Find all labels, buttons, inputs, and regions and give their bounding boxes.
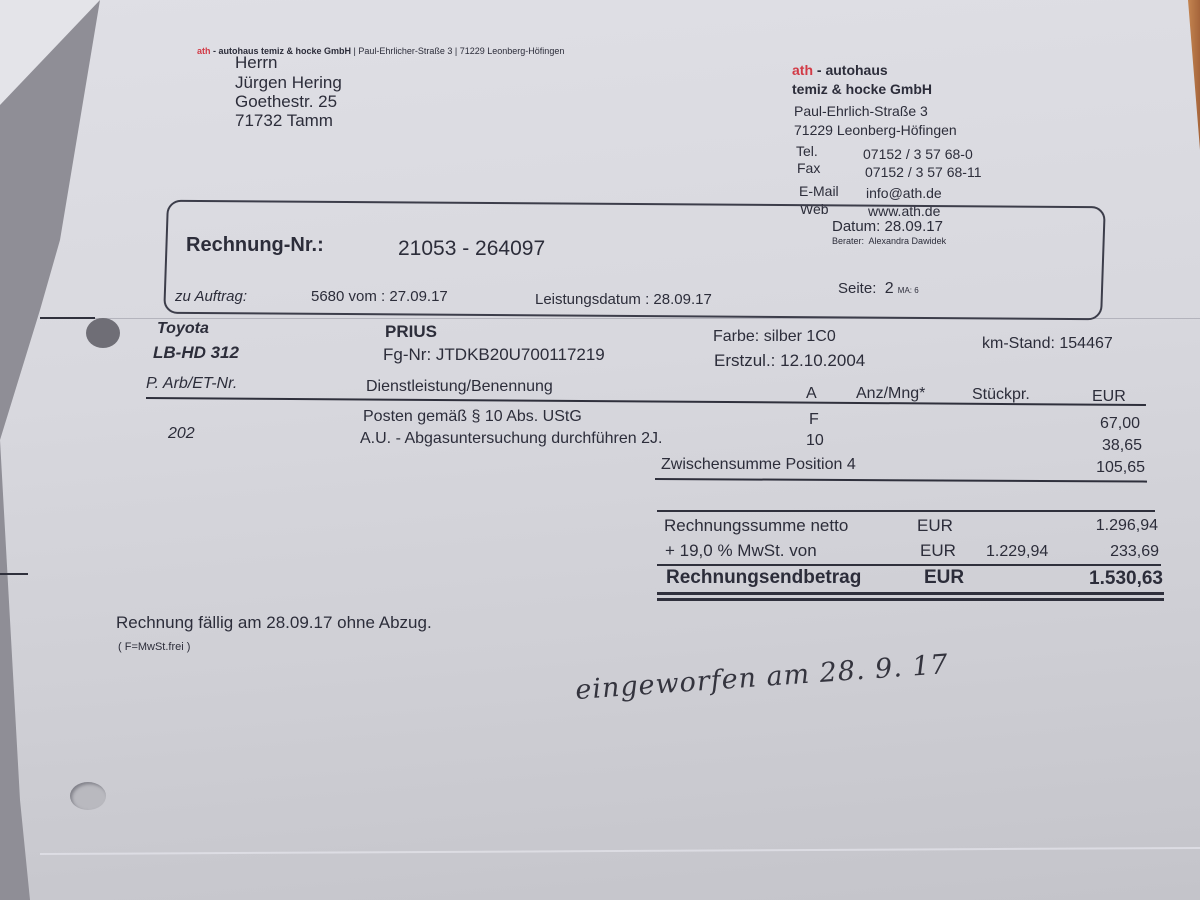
vehicle-plate: LB-HD 312 [153, 343, 239, 363]
row-eur: 38,65 [1042, 437, 1142, 455]
grand-total-currency: EUR [924, 567, 964, 589]
col-header-unit-price: Stückpr. [972, 386, 1030, 404]
fax-label: Fax [797, 160, 820, 176]
service-date: Leistungsdatum : 28.09.17 [535, 291, 712, 308]
row-description: A.U. - Abgasuntersuchung durchführen 2J. [360, 430, 662, 448]
vat-value: 233,69 [1040, 543, 1159, 561]
totals-mid-rule [657, 564, 1161, 566]
vat-currency: EUR [920, 541, 956, 561]
recipient-city: 71732 Tamm [235, 111, 333, 131]
first-reg-value: 12.10.2004 [780, 351, 865, 370]
recipient-salutation: Herrn [235, 53, 278, 73]
subtotal-value: 105,65 [1045, 459, 1145, 477]
grand-total-label: Rechnungsendbetrag [666, 567, 861, 589]
vehicle-model: PRIUS [385, 322, 437, 342]
punch-hole [86, 318, 120, 348]
net-label: Rechnungssumme netto [664, 516, 848, 536]
subtotal-label: Zwischensumme Position 4 [661, 456, 856, 474]
order-label: zu Auftrag: [175, 288, 247, 305]
color-label: Farbe: [713, 328, 759, 345]
first-reg-label: Erstzul.: [714, 351, 775, 370]
col-header-qty: Anz/Mng* [856, 385, 925, 403]
row-a: 10 [806, 432, 824, 450]
tel-label: Tel. [796, 143, 818, 159]
km-value: 154467 [1059, 335, 1112, 352]
row-description: Posten gemäß § 10 Abs. UStG [363, 408, 582, 426]
vehicle-first-registration: Erstzul.: 12.10.2004 [714, 351, 865, 371]
col-header-a: A [806, 385, 817, 403]
page-number: 2 [885, 280, 894, 297]
invoice-paper [0, 0, 1200, 900]
row-part-no: 202 [168, 425, 195, 443]
page-info: Seite: 2 MA: 6 [838, 280, 919, 298]
advisor-name: Alexandra Dawidek [869, 236, 947, 246]
grand-total-rule-2 [657, 598, 1164, 601]
service-date-value: 28.09.17 [653, 291, 711, 308]
ma-label: MA: [898, 286, 912, 295]
net-value: 1.296,94 [1040, 517, 1158, 535]
sender-company: - autohaus temiz & hocke GmbH [211, 46, 352, 56]
color-value: silber 1C0 [764, 328, 836, 345]
invoice-number: 21053 - 264097 [398, 237, 545, 261]
vehicle-make: Toyota [157, 320, 209, 338]
date-value: 28.09.17 [885, 218, 943, 235]
email-value[interactable]: info@ath.de [866, 185, 942, 201]
col-header-part-no: P. Arb/ET-Nr. [146, 375, 237, 393]
email-label: E-Mail [799, 183, 839, 199]
grand-total-rule-1 [657, 592, 1164, 595]
company-line2: temiz & hocke GmbH [792, 81, 932, 97]
vin-label: Fg-Nr: [383, 345, 431, 364]
company-city: 71229 Leonberg-Höfingen [794, 122, 957, 138]
recipient-street: Goethestr. 25 [235, 92, 337, 112]
invoice-date: Datum: 28.09.17 [832, 218, 943, 235]
order-value: 5680 vom : 27.09.17 [311, 288, 448, 305]
sender-address: | Paul-Ehrlicher-Straße 3 | 71229 Leonbe… [351, 46, 564, 56]
tax-free-note: ( F=MwSt.frei ) [118, 641, 190, 653]
tel-value: 07152 / 3 57 68-0 [863, 146, 973, 162]
ma-value: 6 [914, 286, 918, 295]
advisor-label: Berater: [832, 236, 864, 246]
col-header-description: Dienstleistung/Benennung [366, 378, 553, 396]
invoice-number-label: Rechnung-Nr.: [186, 234, 324, 257]
fold-mark [40, 317, 95, 319]
net-currency: EUR [917, 516, 953, 536]
company-street: Paul-Ehrlich-Straße 3 [794, 103, 928, 119]
vehicle-mileage: km-Stand: 154467 [982, 335, 1113, 353]
advisor: Berater: Alexandra Dawidek [832, 236, 946, 246]
vehicle-vin: Fg-Nr: JTDKB20U700117219 [383, 345, 605, 365]
km-label: km-Stand: [982, 335, 1055, 352]
punch-hole [70, 782, 106, 810]
company-line1: ath - autohaus [792, 62, 888, 78]
company-line1-rest: - autohaus [813, 62, 888, 78]
due-note: Rechnung fällig am 28.09.17 ohne Abzug. [116, 613, 432, 633]
date-label: Datum: [832, 218, 880, 235]
company-brand: ath [792, 62, 813, 78]
row-eur: 67,00 [1040, 415, 1140, 433]
grand-total-value: 1.530,63 [1030, 568, 1163, 590]
fax-value: 07152 / 3 57 68-11 [865, 164, 982, 180]
service-date-label: Leistungsdatum : [535, 291, 649, 308]
sender-brand: ath [197, 46, 211, 56]
vehicle-color: Farbe: silber 1C0 [713, 328, 836, 346]
vat-base: 1.229,94 [986, 543, 1048, 561]
fold-mark [0, 573, 28, 575]
recipient-name: Jürgen Hering [235, 73, 342, 93]
page-label: Seite: [838, 280, 876, 297]
totals-top-rule [657, 510, 1155, 512]
vat-label: + 19,0 % MwSt. von [665, 541, 817, 561]
row-a: F [809, 411, 819, 429]
ma-info: MA: 6 [898, 286, 919, 295]
vin-value: JTDKB20U700117219 [436, 345, 605, 364]
